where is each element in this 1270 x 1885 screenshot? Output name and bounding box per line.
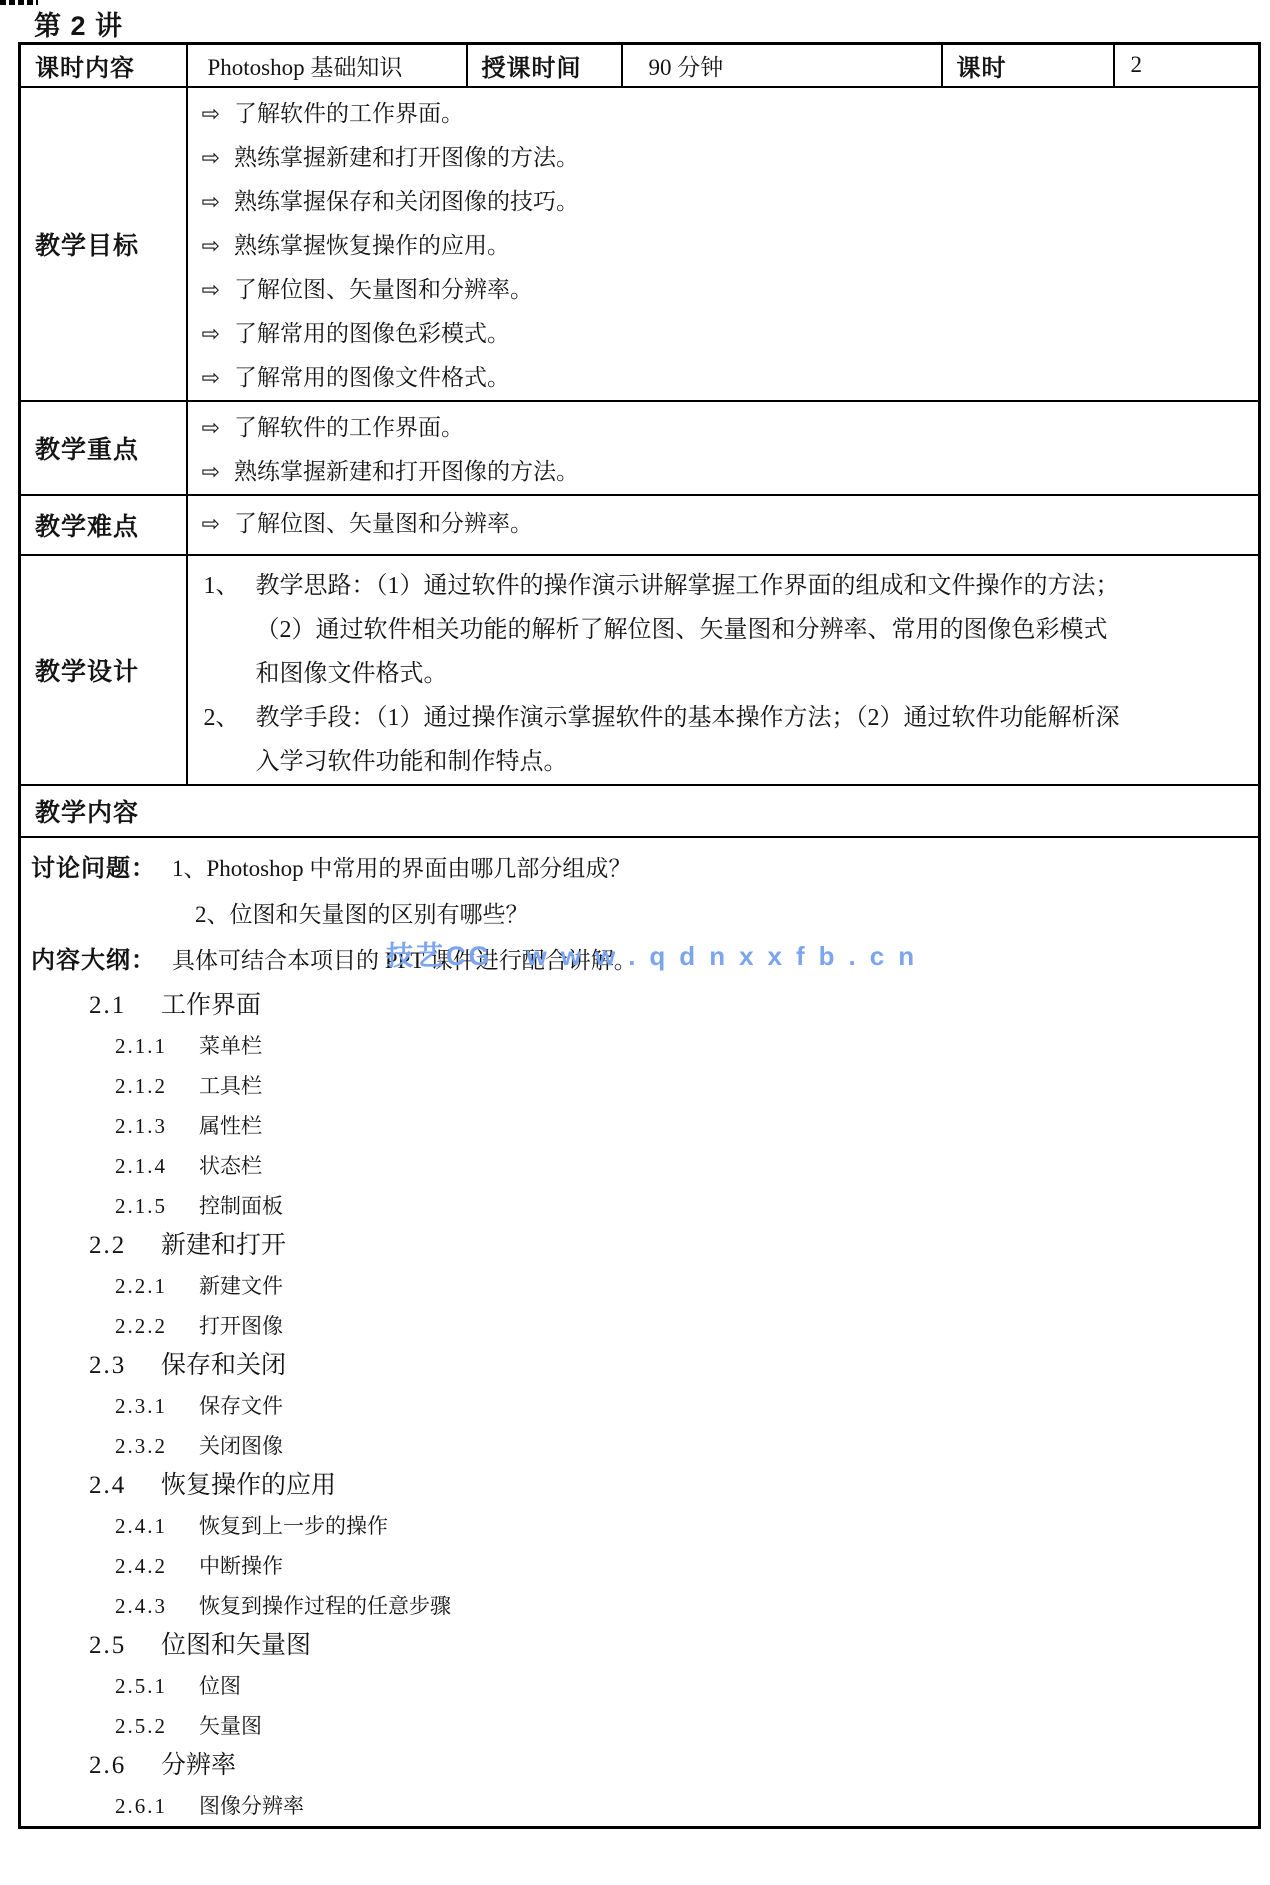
objective-item: ⇨了解位图、矢量图和分辨率。: [202, 268, 1259, 312]
arrow-bullet-icon: ⇨: [202, 512, 220, 537]
content-outline: 2.1工作界面 2.1.1菜单栏 2.1.2工具栏 2.1.3属性栏 2.1.4…: [31, 986, 1258, 1826]
outline-item: 2.1工作界面: [89, 986, 1258, 1026]
design-item: 2、教学手段：（1）通过操作演示掌握软件的基本操作方法；（2）通过软件功能解析深…: [204, 696, 1126, 784]
outline-item: 2.1.4状态栏: [115, 1146, 1258, 1186]
arrow-bullet-icon: ⇨: [202, 322, 220, 347]
info-row: 课时内容 Photoshop 基础知识 授课时间 90 分钟 课时 2: [20, 44, 1260, 87]
outline-item: 2.4恢复操作的应用: [89, 1466, 1258, 1506]
key-point-item: ⇨了解软件的工作界面。: [202, 406, 1259, 450]
key-point-item: ⇨熟练掌握新建和打开图像的方法。: [202, 450, 1259, 494]
period-label: 课时: [942, 44, 1114, 87]
difficult-points-content: ⇨了解位图、矢量图和分辨率。: [187, 495, 1260, 555]
arrow-bullet-icon: ⇨: [202, 234, 220, 259]
discussion-question-1: 讨论问题：1、Photoshop 中常用的界面由哪几部分组成？: [31, 846, 1258, 892]
content-header: 教学内容: [20, 785, 1260, 837]
outline-item: 2.1.1菜单栏: [115, 1026, 1258, 1066]
design-item: 1、教学思路：（1）通过软件的操作演示讲解掌握工作界面的组成和文件操作的方法；（…: [204, 564, 1126, 696]
content-value: Photoshop 基础知识: [187, 44, 467, 87]
design-list: 1、教学思路：（1）通过软件的操作演示讲解掌握工作界面的组成和文件操作的方法；（…: [188, 556, 1126, 784]
design-content: 1、教学思路：（1）通过软件的操作演示讲解掌握工作界面的组成和文件操作的方法；（…: [187, 555, 1260, 785]
objectives-row: 教学目标 ⇨了解软件的工作界面。 ⇨熟练掌握新建和打开图像的方法。 ⇨熟练掌握保…: [20, 87, 1260, 401]
outline-item: 2.1.5控制面板: [115, 1186, 1258, 1226]
objectives-label: 教学目标: [20, 87, 187, 401]
difficult-points-row: 教学难点 ⇨了解位图、矢量图和分辨率。: [20, 495, 1260, 555]
period-value: 2: [1114, 44, 1260, 87]
key-points-label: 教学重点: [20, 401, 187, 495]
key-points-content: ⇨了解软件的工作界面。 ⇨熟练掌握新建和打开图像的方法。: [187, 401, 1260, 495]
objectives-content: ⇨了解软件的工作界面。 ⇨熟练掌握新建和打开图像的方法。 ⇨熟练掌握保存和关闭图…: [187, 87, 1260, 401]
key-points-list: ⇨了解软件的工作界面。 ⇨熟练掌握新建和打开图像的方法。: [188, 402, 1259, 494]
objective-item: ⇨了解常用的图像色彩模式。: [202, 312, 1259, 356]
outline-item: 2.6分辨率: [89, 1746, 1258, 1786]
discussion-label: 讨论问题：: [31, 855, 156, 882]
content-cell: 讨论问题：1、Photoshop 中常用的界面由哪几部分组成？ 2、位图和矢量图…: [20, 837, 1260, 1828]
design-row: 教学设计 1、教学思路：（1）通过软件的操作演示讲解掌握工作界面的组成和文件操作…: [20, 555, 1260, 785]
objective-item: ⇨了解常用的图像文件格式。: [202, 356, 1259, 400]
outline-item: 2.5.2矢量图: [115, 1706, 1258, 1746]
difficult-points-label: 教学难点: [20, 495, 187, 555]
arrow-bullet-icon: ⇨: [202, 102, 220, 127]
content-header-row: 教学内容: [20, 785, 1260, 837]
time-label: 授课时间: [467, 44, 622, 87]
objective-item: ⇨熟练掌握新建和打开图像的方法。: [202, 136, 1259, 180]
objectives-list: ⇨了解软件的工作界面。 ⇨熟练掌握新建和打开图像的方法。 ⇨熟练掌握保存和关闭图…: [188, 88, 1259, 400]
key-points-row: 教学重点 ⇨了解软件的工作界面。 ⇨熟练掌握新建和打开图像的方法。: [20, 401, 1260, 495]
outline-item: 2.2.2打开图像: [115, 1306, 1258, 1346]
design-item-number: 2、: [204, 696, 256, 740]
watermark-brand: 技艺CG: [386, 941, 493, 971]
page-edge-artifact: [0, 0, 38, 5]
design-item-number: 1、: [204, 564, 256, 608]
arrow-bullet-icon: ⇨: [202, 460, 220, 485]
outline-item: 2.2新建和打开: [89, 1226, 1258, 1266]
outline-item: 2.5位图和矢量图: [89, 1626, 1258, 1666]
outline-item: 2.1.3属性栏: [115, 1106, 1258, 1146]
outline-item: 2.6.1图像分辨率: [115, 1786, 1258, 1826]
outline-item: 2.2.1新建文件: [115, 1266, 1258, 1306]
outline-item: 2.4.3恢复到操作过程的任意步骤: [115, 1586, 1258, 1626]
outline-item: 2.4.1恢复到上一步的操作: [115, 1506, 1258, 1546]
objective-item: ⇨熟练掌握保存和关闭图像的技巧。: [202, 180, 1259, 224]
design-label: 教学设计: [20, 555, 187, 785]
time-value: 90 分钟: [622, 44, 942, 87]
arrow-bullet-icon: ⇨: [202, 278, 220, 303]
arrow-bullet-icon: ⇨: [202, 190, 220, 215]
outline-label: 内容大纲：: [31, 947, 156, 974]
watermark: 技艺CGwww.qdnxxfb.cn: [386, 934, 928, 973]
arrow-bullet-icon: ⇨: [202, 366, 220, 391]
difficult-points-list: ⇨了解位图、矢量图和分辨率。: [188, 497, 1259, 552]
discussion-question-2: 2、位图和矢量图的区别有哪些？: [195, 892, 1258, 938]
content-body: 讨论问题：1、Photoshop 中常用的界面由哪几部分组成？ 2、位图和矢量图…: [21, 838, 1258, 1826]
arrow-bullet-icon: ⇨: [202, 146, 220, 171]
objective-item: ⇨了解软件的工作界面。: [202, 92, 1259, 136]
outline-item: 2.3保存和关闭: [89, 1346, 1258, 1386]
difficult-point-item: ⇨了解位图、矢量图和分辨率。: [202, 497, 1259, 552]
arrow-bullet-icon: ⇨: [202, 416, 220, 441]
objective-item: ⇨熟练掌握恢复操作的应用。: [202, 224, 1259, 268]
content-label: 课时内容: [20, 44, 187, 87]
content-row: 讨论问题：1、Photoshop 中常用的界面由哪几部分组成？ 2、位图和矢量图…: [20, 837, 1260, 1828]
page-title: 第 2 讲: [34, 4, 123, 43]
outline-item: 2.5.1位图: [115, 1666, 1258, 1706]
outline-item: 2.3.1保存文件: [115, 1386, 1258, 1426]
outline-item: 2.3.2关闭图像: [115, 1426, 1258, 1466]
outline-item: 2.1.2工具栏: [115, 1066, 1258, 1106]
watermark-url: www.qdnxxfb.cn: [527, 941, 929, 971]
outline-item: 2.4.2中断操作: [115, 1546, 1258, 1586]
